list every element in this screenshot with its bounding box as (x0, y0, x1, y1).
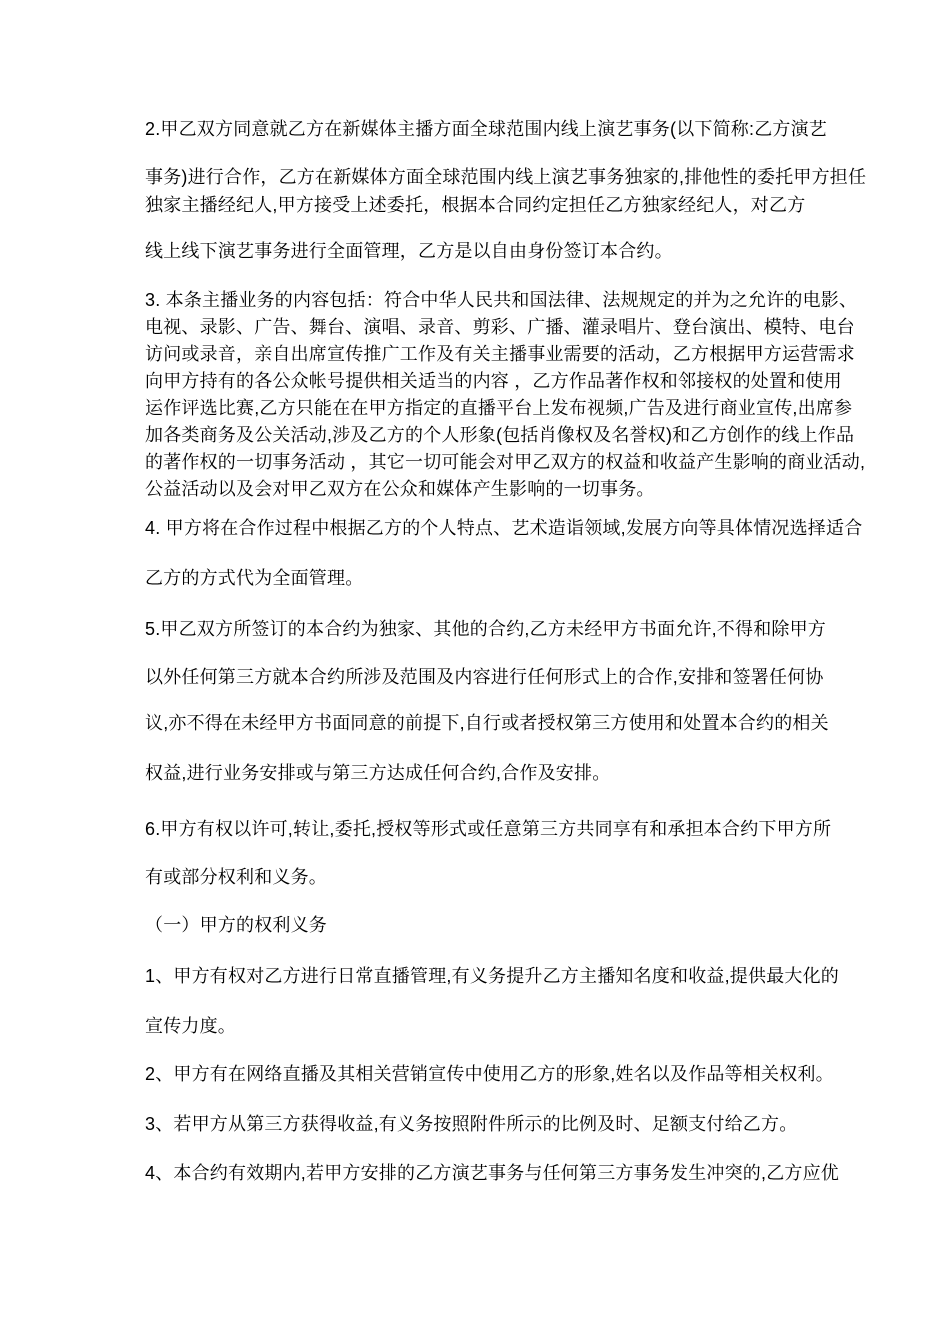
document-line: 2.甲乙双方同意就乙方在新媒体主播方面全球范围内线上演艺事务(以下简称:乙方演艺 (145, 118, 827, 140)
document-line: 运作评选比赛,乙方只能在在甲方指定的直播平台上发布视频,广告及进行商业宣传,出席… (145, 397, 852, 419)
contract-text: 2.甲乙双方同意就乙方在新媒体主播方面全球范围内线上演艺事务(以下简称:乙方演艺… (0, 0, 950, 1344)
document-line: 权益,进行业务安排或与第三方达成任何合约,合作及安排。 (145, 762, 610, 784)
document-line: 向甲方持有的各公众帐号提供相关适当的内容 ，乙方作品著作权和邻接权的处置和使用 (145, 370, 842, 392)
document-line: 线上线下演艺事务进行全面管理，乙方是以自由身份签订本合约。 (145, 240, 673, 262)
document-line: 5.甲乙双方所签订的本合约为独家、其他的合约,乙方未经甲方书面允许,不得和除甲方 (145, 618, 826, 640)
document-line: 访问或录音，亲自出席宣传推广工作及有关主播事业需要的活动，乙方根据甲方运营需求 (145, 343, 855, 365)
document-line: 有或部分权利和义务。 (145, 866, 327, 888)
document-line: 宣传力度。 (145, 1015, 236, 1037)
document-line: 3. 本条主播业务的内容包括：符合中华人民共和国法律、法规规定的并为之允许的电影… (145, 289, 857, 311)
document-line: 2、甲方有在网络直播及其相关营销宣传中使用乙方的形象,姓名以及作品等相关权利。 (145, 1063, 834, 1085)
document-line: 议,亦不得在未经甲方书面同意的前提下,自行或者授权第三方使用和处置本合约的相关 (145, 712, 829, 734)
contract-document-page: 2.甲乙双方同意就乙方在新媒体主播方面全球范围内线上演艺事务(以下简称:乙方演艺… (0, 0, 950, 1344)
document-line: 公益活动以及会对甲乙双方在公众和媒体产生影响的一切事务。 (145, 478, 655, 500)
document-line: 6.甲方有权以许可,转让,委托,授权等形式或任意第三方共同享有和承担本合约下甲方… (145, 818, 831, 840)
document-line: （一）甲方的权利义务 (145, 914, 327, 936)
document-line: 1、甲方有权对乙方进行日常直播管理,有义务提升乙方主播知名度和收益,提供最大化的 (145, 965, 839, 987)
document-line: 4、本合约有效期内,若甲方安排的乙方演艺事务与任何第三方事务发生冲突的,乙方应优 (145, 1162, 839, 1184)
document-line: 4. 甲方将在合作过程中根据乙方的个人特点、艺术造诣领域,发展方向等具体情况选择… (145, 517, 862, 539)
document-line: 乙方的方式代为全面管理。 (145, 567, 363, 589)
document-line: 电视、录影、广告、舞台、演唱、录音、剪彩、广播、灌录唱片、登台演出、模特、电台 (145, 316, 855, 338)
document-line: 的著作权的一切事务活动 ，其它一切可能会对甲乙双方的权益和收益产生影响的商业活动… (145, 451, 865, 473)
document-line: 事务)进行合作，乙方在新媒体方面全球范围内线上演艺事务独家的,排他性的委托甲方担… (145, 166, 866, 188)
document-line: 以外任何第三方就本合约所涉及范围及内容进行任何形式上的合作,安排和签署任何协 (145, 666, 824, 688)
document-line: 3、若甲方从第三方获得收益,有义务按照附件所示的比例及时、足额支付给乙方。 (145, 1113, 797, 1135)
document-line: 加各类商务及公关活动,涉及乙方的个人形象(包括肖像权及名誉权)和乙方创作的线上作… (145, 424, 854, 446)
document-line: 独家主播经纪人,甲方接受上述委托，根据本合同约定担任乙方独家经纪人，对乙方 (145, 194, 805, 216)
